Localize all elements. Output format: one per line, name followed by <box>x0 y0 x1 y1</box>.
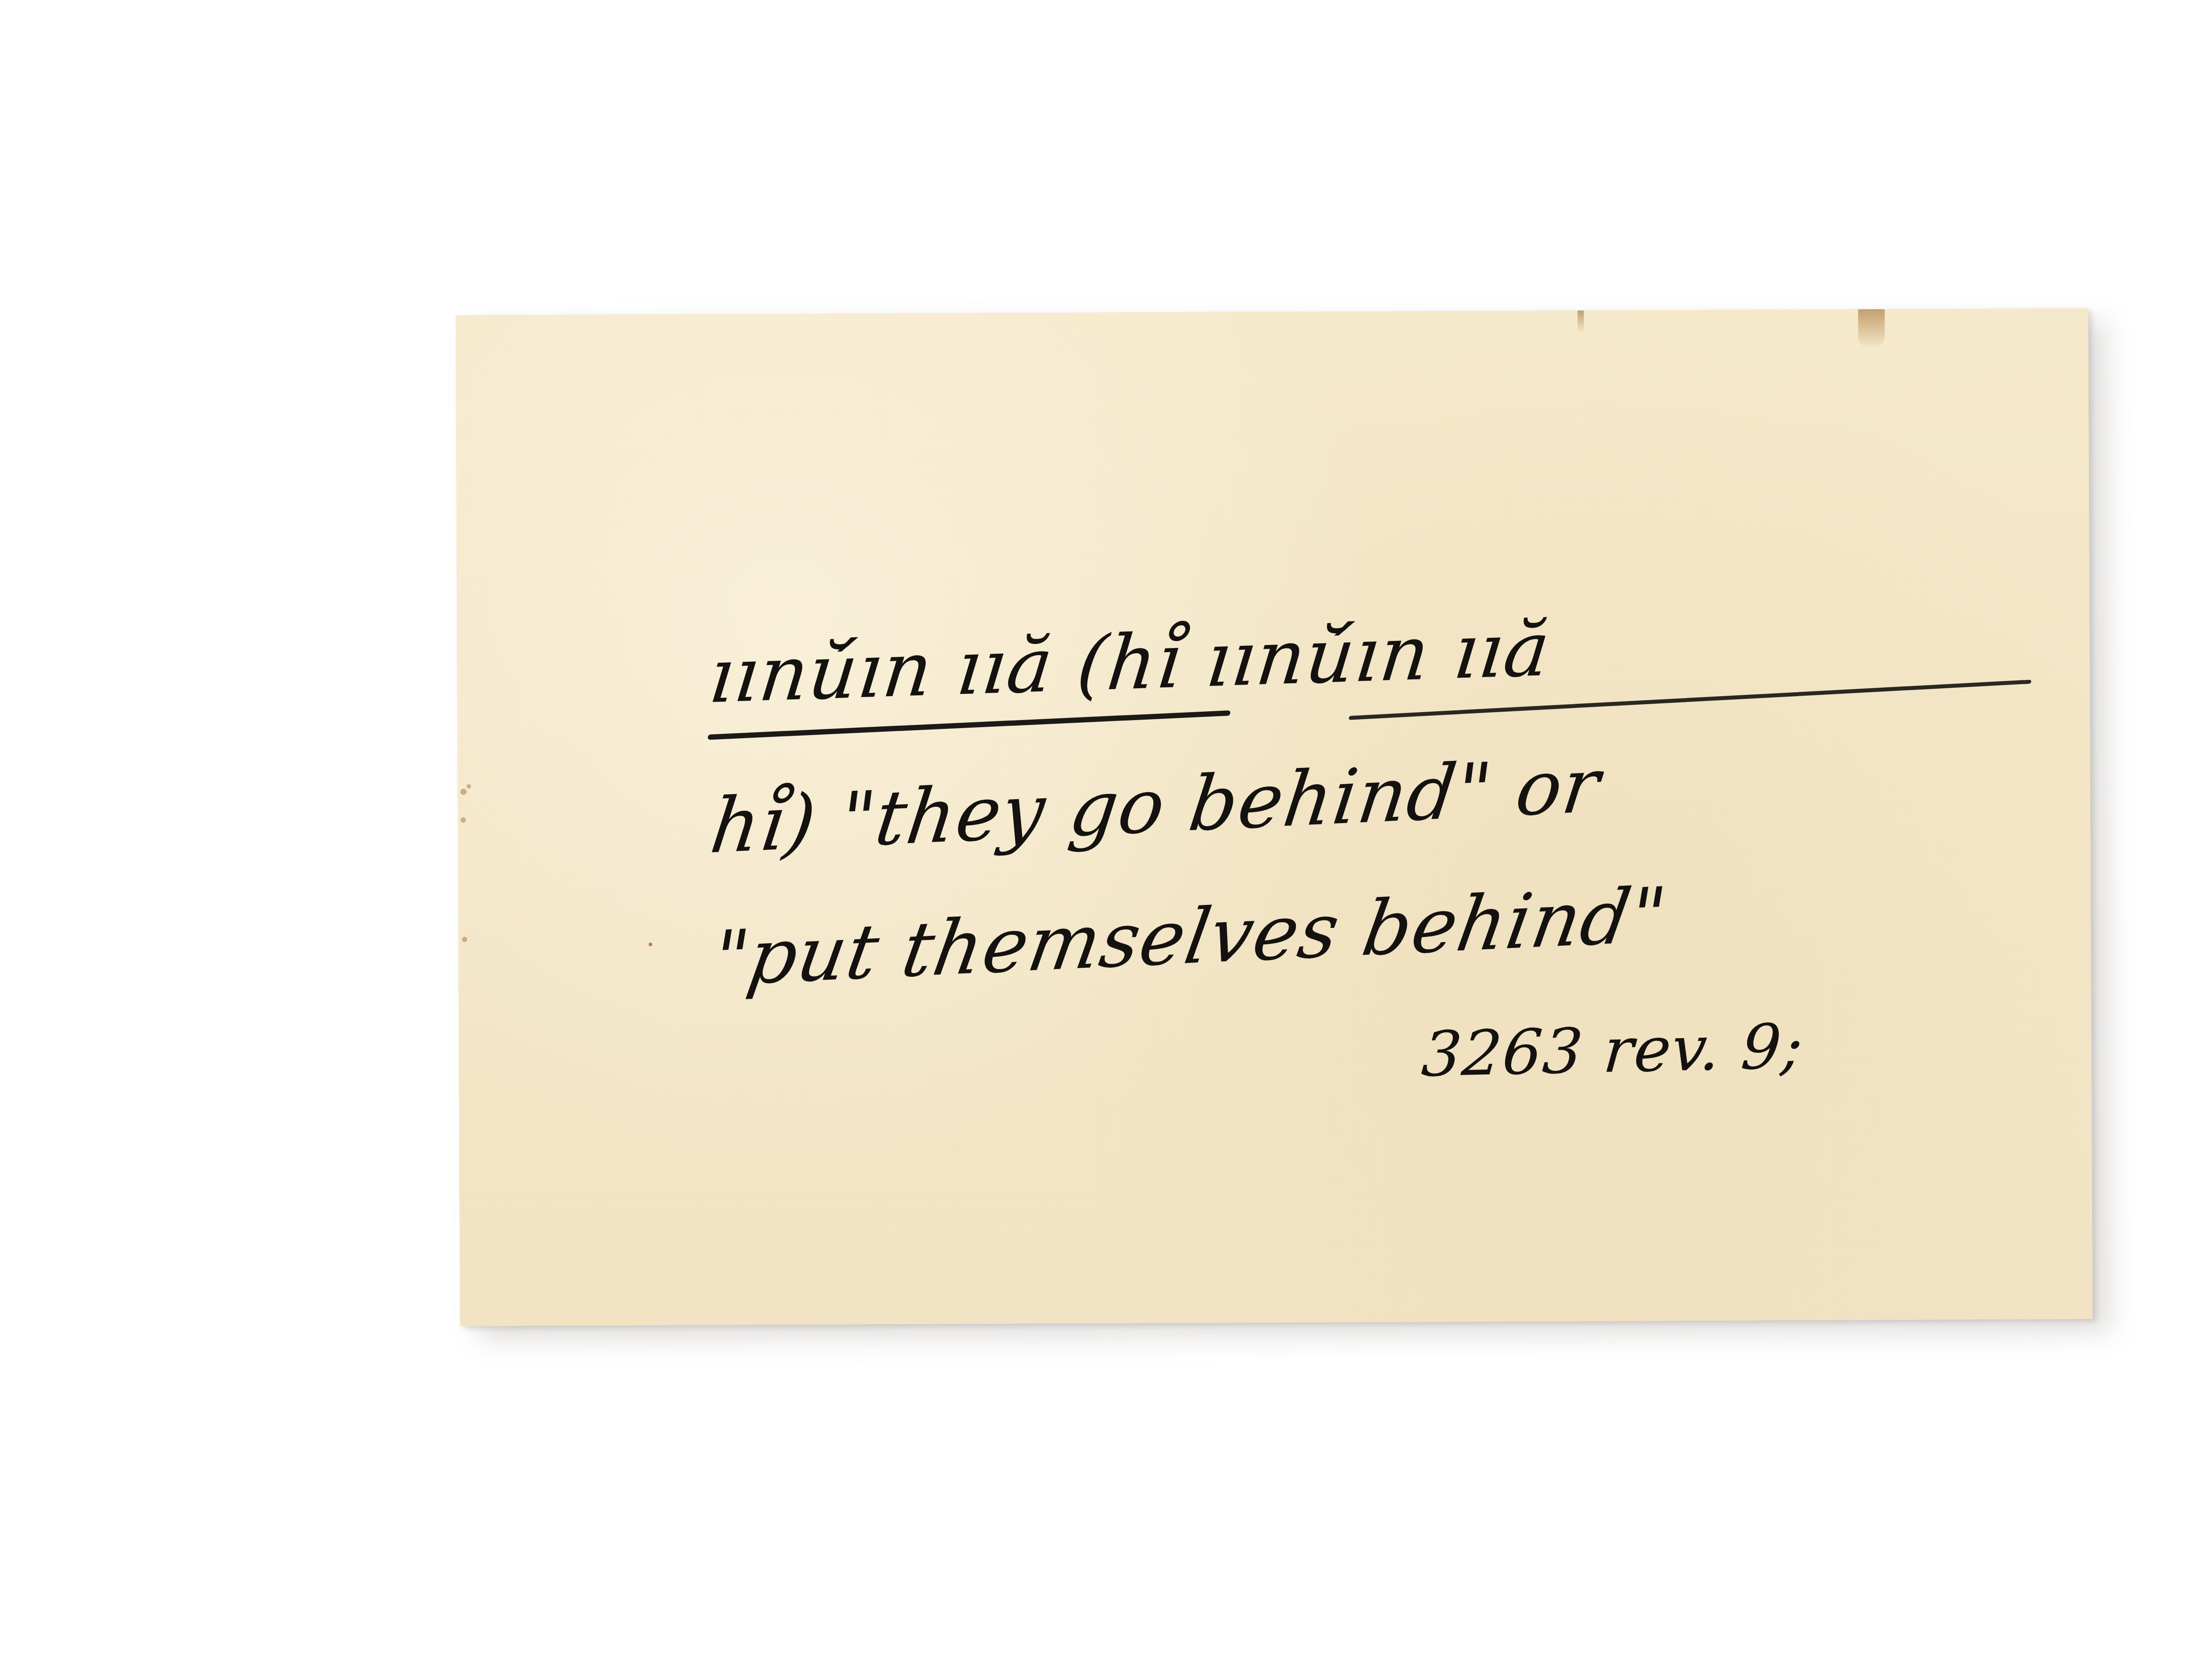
rust-stain <box>1858 309 1885 349</box>
reference-number: 3263 rev. 9; <box>1419 1010 1807 1091</box>
variant-term: hi̊ ıınŭ́ın ııă <box>1103 605 1555 707</box>
variant-close: hi̊) <box>706 778 822 870</box>
gloss-line-2: "put themselves behind" <box>707 871 1673 1003</box>
rust-stain <box>1578 310 1584 333</box>
handwritten-slip: ıınŭ́ın ııă (hi̊ ıınŭ́ın ııă hi̊) "they … <box>456 308 2093 1326</box>
foxing-spot <box>461 817 466 823</box>
gloss-connector: or <box>1511 741 1605 833</box>
headword-term: ıınŭ́ın ııă <box>705 621 1058 721</box>
gloss-line-1: hi̊) "they go behind" or <box>706 741 1605 870</box>
foxing-spot <box>461 789 467 795</box>
gloss-2: "put themselves behind" <box>707 871 1673 1003</box>
headword-line: ıınŭ́ın ııă (hi̊ ıınŭ́ın ııă <box>705 605 1555 720</box>
gloss-1: "they go behind" <box>835 747 1498 865</box>
foxing-spot <box>649 943 652 946</box>
source-reference: 3263 rev. 9; <box>1419 1010 1807 1091</box>
foxing-spot <box>462 937 467 942</box>
foxing-spot <box>467 784 471 789</box>
